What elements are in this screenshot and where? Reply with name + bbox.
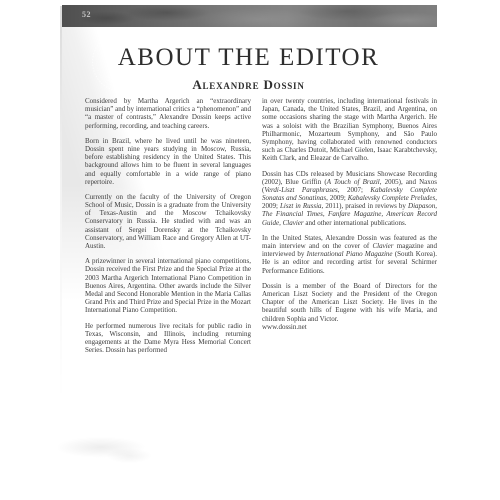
two-column-body: Considered by Martha Argerich an “extrao… [85,97,437,361]
paragraph-competitions: A prizewinner in several international p… [85,257,251,314]
paragraph-recitals: He performed numerous live recitals for … [85,322,251,355]
page-number: 52 [82,10,91,19]
paragraph-press: In the United States, Alexandre Dossin w… [262,234,437,275]
page-title: ABOUT THE EDITOR [60,44,437,72]
right-column: in over twenty countries, including inte… [262,97,437,361]
paragraph-intro: Considered by Martha Argerich an “extrao… [85,97,251,130]
paragraph-education: Currently on the faculty of the Universi… [85,193,251,250]
paragraph-recordings: Dossin has CDs released by Musicians Sho… [262,170,437,227]
editor-name: Alexandre Dossin [60,77,437,93]
paragraph-background: Born in Brazil, where he lived until he … [85,137,251,186]
scan-bottom-smudge [58,432,153,466]
website-url: www.dossin.net [262,323,437,331]
paragraph-performances: in over twenty countries, including inte… [262,97,437,163]
header-band: 52 [62,5,437,27]
paragraph-memberships: Dossin is a member of the Board of Direc… [262,282,437,323]
scanned-book-page: 52 ABOUT THE EDITOR Alexandre Dossin Con… [0,0,500,500]
left-column: Considered by Martha Argerich an “extrao… [85,97,251,361]
